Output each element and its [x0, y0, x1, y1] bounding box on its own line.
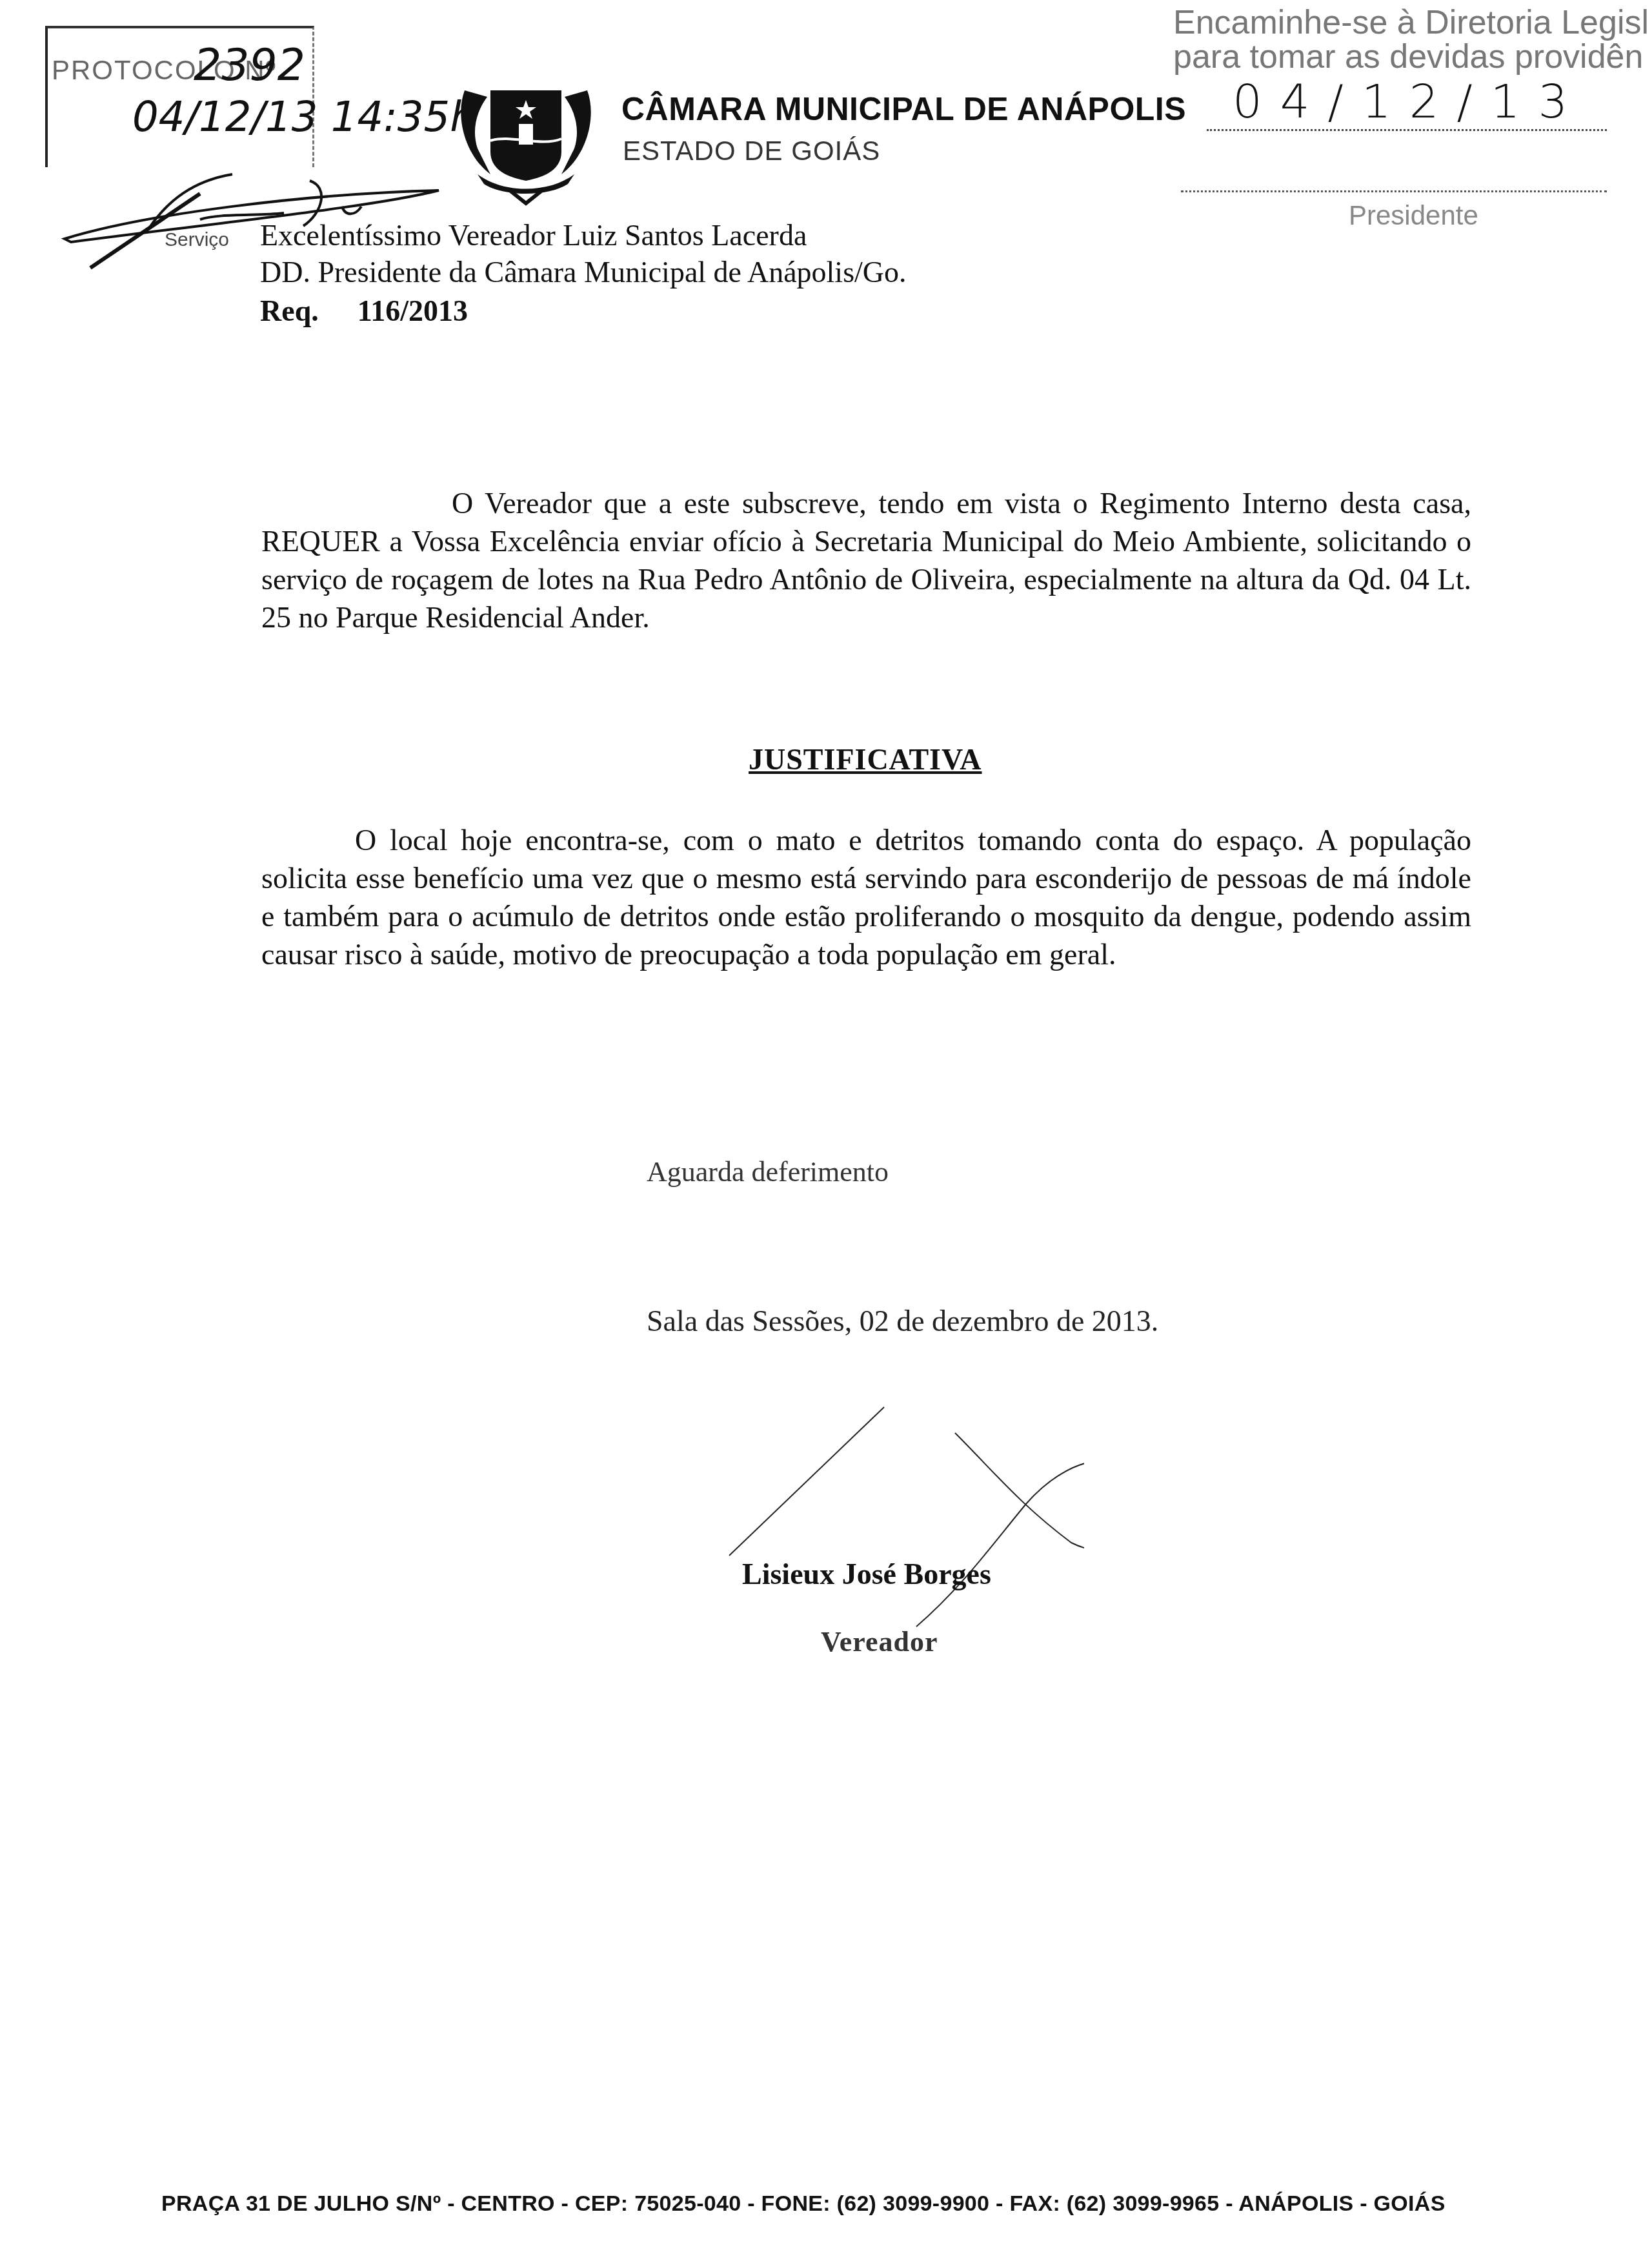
closing-text: Aguarda deferimento [647, 1155, 889, 1188]
request-label: Req. [260, 294, 319, 327]
request-reference: Req.116/2013 [260, 294, 468, 328]
municipal-crest-icon [452, 65, 600, 207]
request-body: O Vereador que a este subscreve, tendo e… [261, 484, 1471, 636]
protocol-service-label: Serviço [165, 229, 229, 251]
dispatch-role: Presidente [1349, 200, 1478, 231]
justification-heading: JUSTIFICATIVA [749, 742, 982, 776]
signer-name: Lisieux José Borges [742, 1557, 991, 1591]
protocol-number: 2392 [194, 40, 305, 91]
dispatch-instruction-line2: para tomar as devidas providên [1173, 37, 1643, 76]
request-body-text: O Vereador que a este subscreve, tendo e… [261, 487, 1471, 634]
request-number: 116/2013 [358, 294, 468, 327]
dispatch-date: 04/12/13 [1233, 74, 1586, 128]
footer-address: PRAÇA 31 DE JULHO S/Nº - CENTRO - CEP: 7… [161, 2191, 1445, 2217]
justification-body: O local hoje encontra-se, com o mato e d… [261, 821, 1471, 973]
place-and-date: Sala das Sessões, 02 de dezembro de 2013… [647, 1304, 1158, 1338]
justification-body-text: O local hoje encontra-se, com o mato e d… [261, 824, 1471, 971]
dispatch-instruction-line1: Encaminhe-se à Diretoria Legisl [1173, 3, 1649, 42]
dispatch-signature-rule [1181, 190, 1607, 192]
protocol-date-time: 04/12/13 14:35h [132, 94, 476, 141]
header-subtitle: ESTADO DE GOIÁS [623, 136, 880, 167]
signer-role: Vereador [821, 1625, 938, 1658]
dispatch-date-rule [1207, 129, 1607, 131]
councilman-signature-icon [723, 1394, 1084, 1639]
addressee-name: Excelentíssimo Vereador Luiz Santos Lace… [260, 218, 807, 252]
addressee-title: DD. Presidente da Câmara Municipal de An… [260, 255, 907, 289]
header-title: CÂMARA MUNICIPAL DE ANÁPOLIS [621, 90, 1186, 128]
protocol-signature-icon [52, 155, 465, 271]
